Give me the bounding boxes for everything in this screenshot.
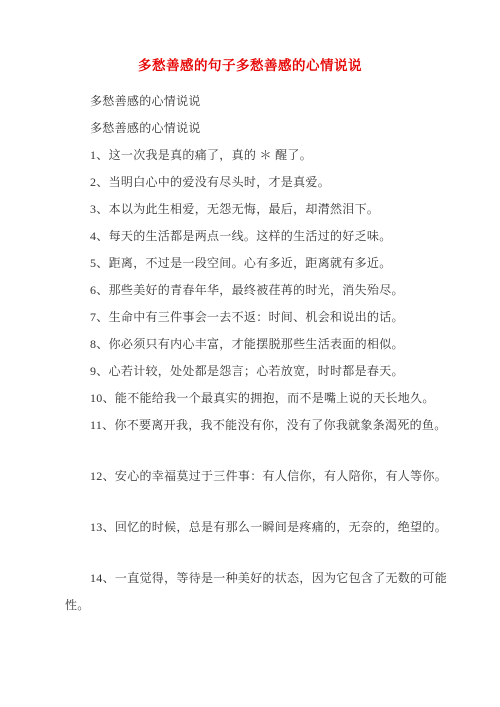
list-item-9: 9、心若计较，处处都是怨言；心若放宽，时时都是春天。: [65, 358, 455, 385]
list-item-13: 13、回忆的时候，总是有那么一瞬间是疼痛的，无奈的，绝望的。: [65, 514, 455, 541]
list-item-7: 7、生命中有三件事会一去不返：时间、机会和说出的话。: [65, 304, 455, 331]
page-title: 多愁善感的句子多愁善感的心情说说: [65, 56, 435, 76]
list-item-3: 3、本以为此生相爱，无怨无悔，最后，却潸然泪下。: [65, 196, 455, 223]
list-item-4: 4、每天的生活都是两点一线。这样的生活过的好乏味。: [65, 223, 455, 250]
list-item-1: 1、这一次我是真的痛了，真的 ＊ 醒了。: [65, 142, 455, 169]
list-item-2: 2、当明白心中的爱没有尽头时，才是真爱。: [65, 169, 455, 196]
subtitle-line: 多愁善感的心情说说: [65, 115, 455, 142]
list-item-6: 6、那些美好的青春年华，最终被荏苒的时光，消失殆尽。: [65, 277, 455, 304]
list-item-14: 14、一直觉得，等待是一种美好的状态，因为它包含了无数的可能性。: [65, 565, 455, 619]
document-page: 多愁善感的句子多愁善感的心情说说 多愁善感的心情说说 多愁善感的心情说说 1、这…: [0, 0, 500, 707]
list-item-8: 8、你必须只有内心丰富，才能摆脱那些生活表面的相似。: [65, 331, 455, 358]
list-item-5: 5、距离，不过是一段空间。心有多近，距离就有多近。: [65, 250, 455, 277]
subtitle-line: 多愁善感的心情说说: [65, 88, 455, 115]
list-item-11: 11、你不要离开我，我不能没有你，没有了你我就象条渴死的鱼。: [65, 412, 455, 439]
list-item-10: 10、能不能给我一个最真实的拥抱，而不是嘴上说的天长地久。: [65, 385, 455, 412]
list-item-12: 12、安心的幸福莫过于三件事：有人信你，有人陪你，有人等你。: [65, 463, 455, 490]
